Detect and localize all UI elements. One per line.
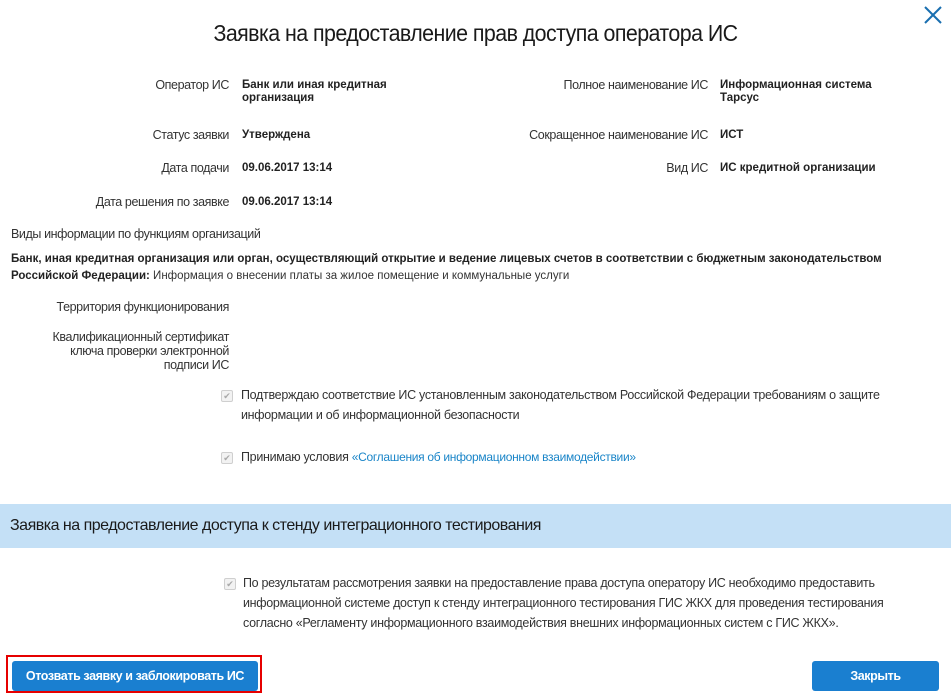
submit-date-value: 09.06.2017 13:14 [242,162,332,174]
full-name-value: Информационная система Тарсус [720,79,872,104]
confirm-security-line1: Подтверждаю соответствие ИС установленны… [241,385,880,405]
test-stand-text: По результатам рассмотрения заявки на пр… [243,573,883,633]
operator-value-line1: Банк или иная кредитная [242,79,387,91]
certificate-label-line1: Квалификационный сертификат [20,330,229,344]
is-type-label: Вид ИС [480,161,708,175]
info-types-text: Банк, иная кредитная организация или орг… [11,251,931,285]
info-kind-text: Информация о внесении платы за жилое пом… [153,270,569,282]
test-stand-line3: согласно «Регламенту информационного вза… [243,613,883,633]
certificate-label-line2: ключа проверки электронной [20,344,229,358]
status-value: Утверждена [242,129,310,141]
operator-label: Оператор ИС [20,78,229,92]
certificate-label-line3: подписи ИС [20,358,229,372]
decision-date-value: 09.06.2017 13:14 [242,196,332,208]
full-name-value-line1: Информационная система [720,79,872,91]
confirm-security-line2: информации и об информационной безопасно… [241,405,880,425]
test-stand-checkbox[interactable]: ✔ [224,578,236,590]
short-name-label: Сокращенное наименование ИС [480,128,708,142]
test-stand-line1: По результатам рассмотрения заявки на пр… [243,573,883,593]
short-name-value: ИСТ [720,129,743,141]
confirm-security-checkbox[interactable]: ✔ [221,390,233,402]
decision-date-label: Дата решения по заявке [20,195,229,209]
full-name-value-line2: Тарсус [720,92,872,104]
operator-value: Банк или иная кредитная организация [242,79,387,104]
test-stand-line2: информационной системе доступ к стенду и… [243,593,883,613]
submit-date-label: Дата подачи [20,161,229,175]
operator-value-line2: организация [242,92,387,104]
is-type-value: ИС кредитной организации [720,162,876,174]
revoke-and-block-button[interactable]: Отозвать заявку и заблокировать ИС [12,661,258,691]
status-label: Статус заявки [20,128,229,142]
certificate-label: Квалификационный сертификат ключа провер… [20,330,229,372]
confirm-security-text: Подтверждаю соответствие ИС установленны… [241,385,880,425]
agreement-link[interactable]: «Соглашения об информационном взаимодейс… [352,450,636,464]
test-stand-section-title: Заявка на предоставление доступа к стенд… [10,517,541,535]
close-button[interactable]: Закрыть [812,661,939,691]
close-icon[interactable] [922,4,944,26]
accept-terms-checkbox[interactable]: ✔ [221,452,233,464]
territory-label: Территория функционирования [20,300,229,314]
accept-terms-text: Принимаю условия «Соглашения об информац… [241,447,636,467]
accept-terms-label: Принимаю условия [241,450,349,464]
dialog-title: Заявка на предоставление прав доступа оп… [33,20,917,47]
full-name-label: Полное наименование ИС [480,78,708,92]
test-stand-section-header: Заявка на предоставление доступа к стенд… [0,504,951,548]
info-types-label: Виды информации по функциям организаций [11,227,260,241]
